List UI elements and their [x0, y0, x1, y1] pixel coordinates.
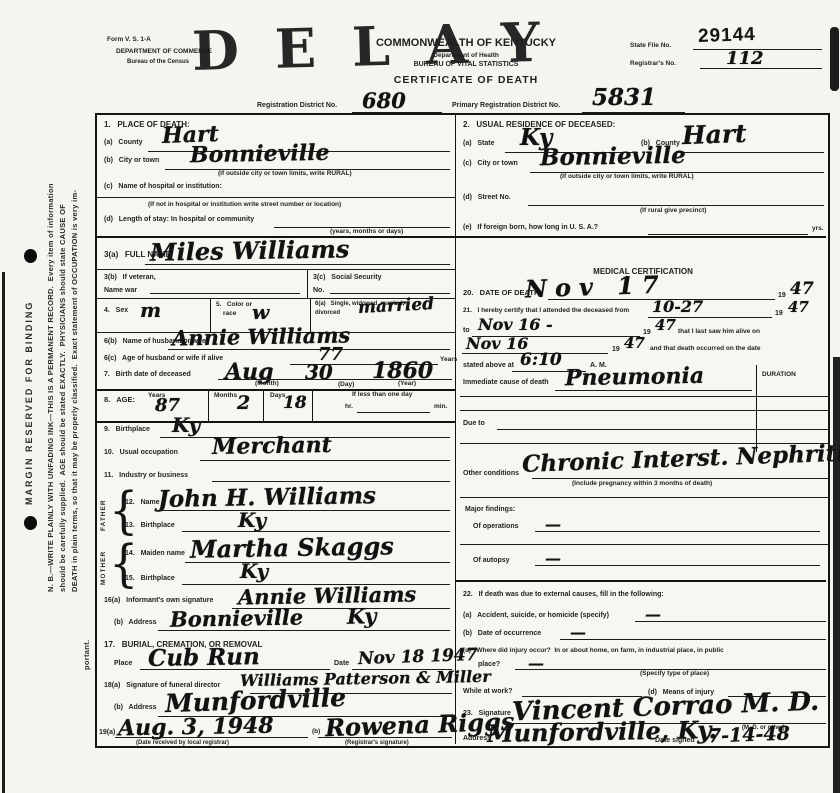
immediate-cause-value: Pneumonia	[565, 365, 704, 389]
stated-above-label: stated above at	[463, 362, 514, 369]
spouse-age-label: 6(c) Age of husband or wife if alive	[104, 355, 223, 362]
binder-hole-top	[24, 249, 37, 263]
residence-county-value: Hart	[682, 121, 747, 148]
cell-divider	[208, 389, 209, 421]
bureau-line: Bureau of the Census	[127, 59, 189, 65]
foreign-born-unit: yrs.	[812, 226, 824, 233]
primary-district-label: Primary Registration District No.	[452, 102, 560, 109]
date-of-death-year: 47	[790, 281, 814, 298]
time-of-death-value: 6:10	[520, 352, 562, 369]
occupation-value: Merchant	[212, 434, 332, 458]
last-alive-year: 47	[624, 336, 645, 351]
external-causes-title: 22. If death was due to external causes,…	[463, 591, 664, 598]
reg-district-number: 680	[362, 90, 406, 111]
pregnancy-note: (Include pregnancy within 3 months of de…	[572, 481, 712, 488]
street-note: (If not in hospital or institution write…	[148, 202, 341, 209]
margin-nb-line2: should be carefully supplied. AGE should…	[58, 204, 67, 592]
mother-maiden-value: Martha Skaggs	[190, 534, 394, 562]
write-line	[115, 737, 308, 738]
age-label: 8. AGE:	[104, 396, 135, 404]
write-line	[678, 152, 824, 153]
write-line	[460, 396, 828, 397]
length-of-stay-label: (d) Length of stay: In hospital or commu…	[104, 216, 254, 223]
write-line	[200, 460, 450, 461]
precinct-note: (If rural give precinct)	[640, 208, 706, 215]
certificate-title: CERTIFICATE OF DEATH	[394, 75, 538, 86]
write-line	[168, 349, 450, 350]
dept-health-line: Department of Health	[433, 53, 499, 60]
scan-blob-top-right	[830, 27, 839, 91]
margin-binding-note: MARGIN RESERVED FOR BINDING	[24, 301, 34, 505]
write-line	[555, 390, 752, 391]
write-line	[460, 544, 828, 545]
mother-maiden-label: 14. Maiden name	[125, 550, 185, 557]
write-line	[700, 746, 828, 747]
binder-hole-bottom	[24, 516, 37, 530]
attended-from-year: 47	[788, 300, 809, 315]
father-group-label: FATHER	[100, 499, 107, 531]
full-name-value: Miles Williams	[150, 237, 350, 264]
date-signed-value: 7-14-48	[708, 725, 790, 747]
mother-birthplace-value: Ky	[240, 561, 268, 581]
last-saw-alive-label: that I last saw him alive on	[678, 329, 760, 336]
date-of-death-value: Nov 17	[525, 273, 667, 302]
write-line	[700, 68, 822, 69]
injury-where-label: (c) Where did injury occur? In or about …	[463, 648, 724, 655]
street-no-label: (d) Street No.	[463, 194, 511, 201]
attended-to-value: Nov 16 -	[478, 317, 553, 333]
birthdate-label: 7. Birth date of deceased	[104, 371, 191, 378]
rural-note: (If outside city or town limits, write R…	[218, 171, 352, 178]
attended-to-year: 47	[655, 318, 676, 333]
foreign-born-label: (e) If foreign born, how long in U. S. A…	[463, 224, 598, 231]
primary-district-number: 5831	[592, 86, 656, 109]
informant-address-label: (b) Address	[114, 619, 157, 626]
veteran-war-label: Name war	[104, 287, 137, 294]
birthplace-label: 9. Birthplace	[104, 426, 150, 433]
residence-city-value: Bonnieville	[540, 144, 686, 170]
color-label: 5. Color or	[216, 302, 252, 309]
write-line	[482, 746, 688, 747]
race-value: w	[252, 302, 269, 322]
burial-date-label: Date	[334, 660, 349, 667]
write-line	[648, 234, 808, 235]
registrar-no-label: Registrar's No.	[630, 61, 676, 68]
burial-place-label: Place	[114, 660, 132, 667]
informant-address-value: Bonnieville Ky	[170, 605, 377, 630]
write-line	[357, 412, 430, 413]
write-line	[218, 379, 452, 380]
duration-column-line	[756, 365, 757, 452]
registrar-date-label: 19(a)	[99, 729, 115, 736]
day-caption: (Day)	[338, 382, 354, 389]
write-line	[145, 264, 450, 265]
while-at-work-label: While at work?	[463, 688, 512, 695]
state-file-number: 29144	[698, 24, 757, 48]
form-number: Form V. S. 1-A	[107, 37, 151, 44]
attended-from-label: 21. I hereby certify that I attended the…	[463, 308, 629, 315]
cell-divider	[307, 269, 308, 298]
vital-stats-line: BUREAU OF VITAL STATISTICS	[414, 61, 519, 68]
reg-district-label: Registration District No.	[257, 102, 337, 109]
industry-label: 11. Industry or business	[104, 472, 188, 479]
margin-nb-line4: portant.	[82, 640, 91, 670]
commonwealth-title: COMMONWEALTH OF KENTUCKY	[376, 38, 556, 50]
scanned-death-certificate: MARGIN RESERVED FOR BINDING N. B.—WRITE …	[0, 0, 840, 793]
write-line	[158, 630, 450, 631]
rural-note-right: (If outside city or town limits, write R…	[560, 174, 694, 181]
other-conditions-label: Other conditions	[463, 470, 519, 477]
write-line	[535, 531, 820, 532]
age-months-value: 2	[237, 394, 250, 413]
occupation-label: 10. Usual occupation	[104, 449, 178, 456]
residence-state-label: (a) State	[463, 140, 495, 147]
informant-label: 16(a) Informant's own signature	[104, 597, 213, 604]
registrar-date-caption: (Date received by local registrar)	[136, 740, 229, 746]
registrar-date-value: Aug. 3, 1948	[118, 715, 274, 740]
funeral-director-address-value: Munfordville	[165, 685, 347, 716]
state-file-label: State File No.	[630, 43, 671, 50]
write-line	[150, 293, 300, 294]
hospital-label: (c) Name of hospital or institution:	[104, 183, 222, 190]
immediate-cause-label: Immediate cause of death	[463, 379, 549, 386]
attended-from-value: 10-27	[652, 299, 703, 315]
year-caption: (Year)	[398, 381, 416, 388]
section-divider	[95, 421, 455, 423]
burial-date-value: Nov 18 1947	[358, 647, 478, 668]
major-findings-label: Major findings:	[465, 506, 515, 513]
father-name-label: 12. Name	[125, 499, 160, 506]
duration-caption: DURATION	[762, 372, 796, 379]
city-label: (b) City or town	[104, 157, 159, 164]
write-line	[460, 410, 828, 411]
veteran-label: 3(b) If veteran,	[104, 274, 156, 281]
write-line	[560, 639, 826, 640]
mother-group-label: MOTHER	[100, 551, 107, 585]
section-divider	[455, 580, 826, 582]
sex-value: m	[140, 300, 161, 320]
death-occurred-label: and that death occurred on the date	[650, 346, 761, 353]
birthplace-value: Ky	[172, 415, 200, 435]
write-line	[635, 621, 826, 622]
father-birthplace-value: Ky	[238, 510, 266, 530]
cell-divider	[263, 389, 264, 421]
due-to-label: Due to	[463, 420, 485, 427]
residence-city-label: (c) City or town	[463, 160, 518, 167]
father-name-value: John H. Williams	[158, 484, 376, 511]
specify-place-note: (Specify type of place)	[640, 671, 709, 678]
write-line	[212, 481, 450, 482]
age-months-caption: Months	[214, 393, 237, 400]
city-value: Bonnieville	[190, 142, 330, 166]
ssn-no-label: No.	[313, 287, 324, 294]
date-signed-label: Date signed	[655, 737, 695, 744]
write-line	[155, 510, 450, 511]
write-line	[318, 737, 452, 738]
of-operations-label: Of operations	[473, 523, 519, 530]
write-line	[185, 562, 450, 563]
year-19-prefix: 19	[778, 292, 786, 299]
scan-edge-left	[2, 272, 5, 793]
funeral-director-address-label: (b) Address	[114, 704, 157, 711]
cell-divider	[312, 389, 313, 421]
sex-label: 4. Sex	[104, 307, 128, 314]
injury-place-label: place?	[478, 661, 500, 668]
scan-edge-right	[833, 357, 840, 793]
write-line	[535, 565, 820, 566]
county-label: (a) County	[104, 139, 143, 146]
spouse-age-unit: Years	[440, 357, 457, 364]
section-divider	[95, 269, 455, 270]
month-caption: (Month)	[255, 381, 279, 388]
write-line	[497, 429, 828, 430]
year-19-prefix: 19	[612, 346, 620, 353]
section-divider	[95, 197, 455, 198]
margin-nb-line3: DEATH in plain terms, so that it may be …	[70, 190, 79, 592]
write-line	[460, 497, 828, 498]
registrar-number: 112	[726, 50, 764, 68]
registrar-sig-label: (b)	[312, 729, 320, 736]
race-label: race	[223, 311, 236, 318]
marital-value: married	[358, 296, 435, 317]
father-birthplace-label: 13. Birthplace	[125, 522, 175, 529]
physician-signature-label: 23. Signature	[463, 710, 511, 717]
accident-label: (a) Accident, suicide, or homicide (spec…	[463, 612, 609, 619]
age-days-value: 18	[283, 395, 307, 412]
of-autopsy-label: Of autopsy	[473, 557, 510, 564]
burial-place-value: Cub Run	[148, 645, 260, 670]
divorced-label: divorced	[315, 310, 340, 316]
margin-nb-line1: N. B.—WRITE PLAINLY WITH UNFADING INK—TH…	[46, 183, 55, 592]
write-line	[528, 205, 824, 206]
min-caption: min.	[434, 404, 447, 411]
occurrence-date-label: (b) Date of occurrence	[463, 630, 541, 637]
less-than-day-caption: If less than one day	[352, 392, 412, 399]
write-line	[532, 478, 828, 479]
registrar-sig-caption: (Registrar's signature)	[345, 740, 409, 746]
ssn-label: 3(c) Social Security	[313, 274, 381, 281]
hr-caption: hr.	[345, 404, 353, 411]
year-19-prefix: 19	[775, 310, 783, 317]
mother-birthplace-label: 15. Birthplace	[125, 575, 175, 582]
